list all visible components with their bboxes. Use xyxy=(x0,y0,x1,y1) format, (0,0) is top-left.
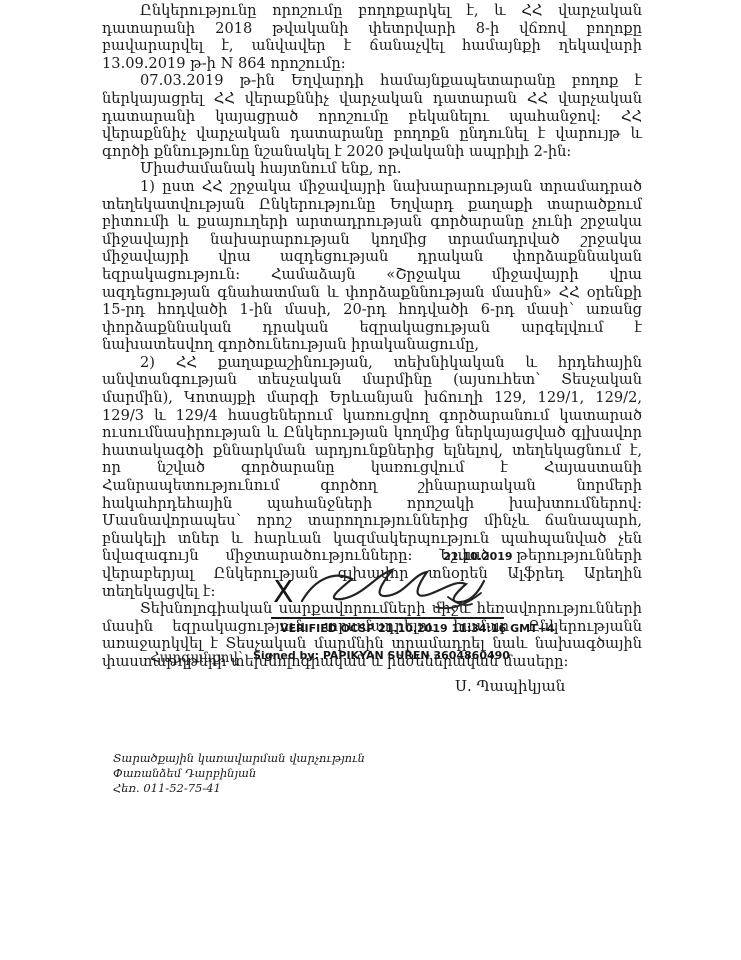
footer-phone: Հեռ. 011-52-75-41 xyxy=(113,781,365,796)
document-footer: Տարածքային կառավարման վարչություն Փառանձ… xyxy=(113,751,365,796)
document-paragraph: Միաժամանակ հայտնում ենք, որ. xyxy=(102,160,642,178)
digital-signed-by: Signed by: PAPIKYAN SUREN 3604860490 xyxy=(253,649,510,662)
footer-contact-person: Փառանձեմ Դարբինյան xyxy=(113,766,365,781)
scanned-document-page: Ընկերությունը որոշումը բողոքարկել է, և Հ… xyxy=(0,0,741,960)
ocsp-verified-stamp: VERIFIED OCSP 21.10.2019 11:34:16 GMT+4 xyxy=(280,622,554,635)
signature-date: 21.10.2019 xyxy=(443,550,513,563)
signatory-name: Ս. Պապիկյան xyxy=(455,677,565,695)
signature-x-mark: X xyxy=(273,578,294,608)
document-paragraph: 07.03.2019 թ-ին Եղվարդի համայնքապետարանը… xyxy=(102,72,642,160)
closing-salutation: Հարգանքով՝ xyxy=(150,650,243,666)
footer-department: Տարածքային կառավարման վարչություն xyxy=(113,751,365,766)
signature-underline xyxy=(271,617,504,619)
handwritten-signature xyxy=(298,563,488,615)
document-paragraph: 1) ըստ ՀՀ շրջակա միջավայրի նախարարության… xyxy=(102,178,642,354)
document-paragraph: Ընկերությունը որոշումը բողոքարկել է, և Հ… xyxy=(102,2,642,72)
